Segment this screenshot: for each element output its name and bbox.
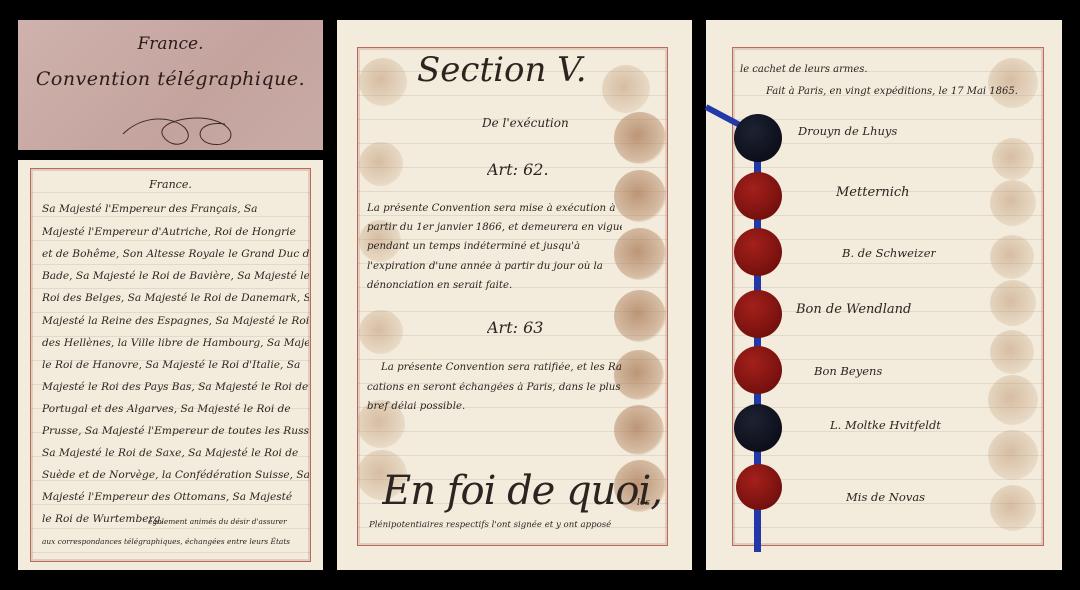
closing-formula: En foi de quoi, — [382, 468, 662, 514]
article-63-line: bref délai possible. — [367, 401, 622, 412]
seal-stain — [602, 65, 650, 113]
cover-title-country: France. — [18, 34, 323, 54]
seal-stain — [614, 228, 666, 280]
closing-tail: les — [637, 498, 650, 508]
red-wax-seal — [736, 464, 782, 510]
seal-stain — [988, 58, 1038, 108]
article-63-line: cations en seront échangées à Paris, dan… — [367, 382, 622, 393]
cover-title-convention: Convention télégraphique. — [18, 68, 323, 90]
seal-stain — [988, 375, 1038, 425]
red-wax-seal — [734, 346, 782, 394]
article-63-title: Art: 63 — [487, 318, 543, 337]
signature: Drouyn de Lhuys — [798, 124, 897, 138]
section-v-page: Section V. De l'exécution Art: 62. La pr… — [337, 20, 692, 570]
seal-stain — [359, 142, 403, 186]
seal-stain — [359, 310, 403, 354]
seal-stain — [990, 280, 1036, 326]
black-wax-seal — [734, 114, 782, 162]
seal-stain — [614, 290, 666, 342]
article-62-line: pendant un temps indéterminé et jusqu'à — [367, 241, 622, 252]
signatures-page: le cachet de leurs armes. Fait à Paris, … — [706, 20, 1062, 570]
signature: Bon de Wendland — [796, 302, 911, 317]
signature: Bon Beyens — [814, 364, 882, 378]
article-62-line: partir du 1er janvier 1866, et demeurera… — [367, 222, 622, 233]
seal-stain — [614, 112, 666, 164]
seal-stain — [992, 138, 1034, 180]
text-line: le cachet de leurs armes. — [740, 64, 868, 75]
article-62-title: Art: 62. — [487, 160, 549, 179]
red-wax-seal — [734, 290, 782, 338]
red-wax-seal — [734, 172, 782, 220]
section-subtitle: De l'exécution — [482, 116, 569, 130]
seal-stain — [990, 180, 1036, 226]
black-wax-seal — [734, 404, 782, 452]
red-wax-seal — [734, 228, 782, 276]
article-63-line: La présente Convention sera ratifiée, et… — [381, 362, 622, 373]
seal-stain — [359, 58, 407, 106]
article-62-line: l'expiration d'une année à partir du jou… — [367, 261, 622, 272]
seal-stain — [990, 485, 1036, 531]
signature: B. de Schweizer — [842, 246, 936, 260]
seal-stain — [614, 405, 664, 455]
closing-line: Plénipotentiaires respectifs l'ont signé… — [369, 520, 611, 530]
seal-stain — [988, 430, 1038, 480]
signature: Metternich — [836, 185, 910, 200]
article-62-line: dénonciation en serait faite. — [367, 280, 622, 291]
signature: Mis de Novas — [846, 490, 925, 504]
preamble-small-lines-2 — [18, 160, 323, 570]
dating-clause: Fait à Paris, en vingt expéditions, le 1… — [766, 86, 1018, 97]
article-62-line: La présente Convention sera mise à exécu… — [367, 203, 622, 214]
seal-stain — [614, 170, 666, 222]
calligraphic-flourish-icon — [113, 112, 253, 150]
seal-stain — [990, 330, 1034, 374]
signature: L. Moltke Hvitfeldt — [830, 418, 941, 432]
section-title: Section V. — [417, 50, 587, 90]
cover-label-panel: France. Convention télégraphique. — [18, 20, 323, 150]
seal-stain — [990, 235, 1034, 279]
